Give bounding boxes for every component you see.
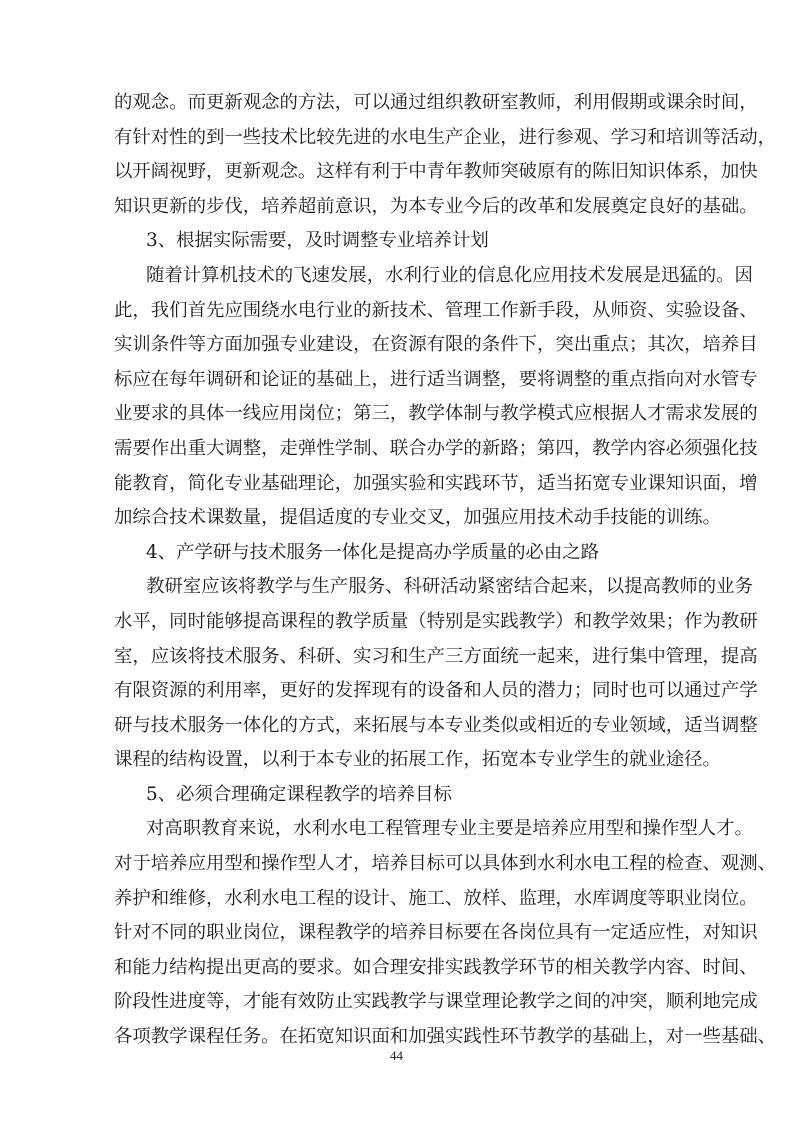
page-number: 44 bbox=[0, 1048, 793, 1064]
text-line: 阶段性进度等，才能有效防止实践教学与课堂理论教学之间的冲突，顺利地完成 bbox=[114, 985, 682, 1020]
section-heading-4: 4、产学研与技术服务一体化是提高办学质量的必由之路 bbox=[114, 536, 682, 571]
text-line: 室，应该将技术服务、科研、实习和生产三方面统一起来，进行集中管理，提高 bbox=[114, 640, 682, 675]
text-line: 以开阔视野，更新观念。这样有利于中青年教师突破原有的陈旧知识体系，加快 bbox=[114, 155, 682, 190]
text-line: 对于培养应用型和操作型人才，培养目标可以具体到水利水电工程的检查、观测、 bbox=[114, 847, 682, 882]
text-line: 能教育，简化专业基础理论，加强实验和实践环节，适当拓宽专业课知识面，增 bbox=[114, 467, 682, 502]
text-line: 知识更新的步伐，培养超前意识，为本专业今后的改革和发展奠定良好的基础。 bbox=[114, 190, 682, 225]
text-line: 针对不同的职业岗位，课程教学的培养目标要在各岗位具有一定适应性，对知识 bbox=[114, 916, 682, 951]
text-line: 此，我们首先应围绕水电行业的新技术、管理工作新手段，从师资、实验设备、 bbox=[114, 294, 682, 329]
text-line: 养护和维修，水利水电工程的设计、施工、放样、监理，水库调度等职业岗位。 bbox=[114, 882, 682, 917]
text-line: 随着计算机技术的飞速发展，水利行业的信息化应用技术发展是迅猛的。因 bbox=[114, 259, 682, 294]
text-line: 和能力结构提出更高的要求。如合理安排实践教学环节的相关教学内容、时间、 bbox=[114, 951, 682, 986]
text-line: 需要作出重大调整，走弹性学制、联合办学的新路；第四，教学内容必须强化技 bbox=[114, 432, 682, 467]
text-line: 有限资源的利用率，更好的发挥现有的设备和人员的潜力；同时也可以通过产学 bbox=[114, 674, 682, 709]
document-body: 的观念。而更新观念的方法，可以通过组织教研室教师，利用假期或课余时间， 有针对性… bbox=[114, 86, 682, 1055]
text-line: 有针对性的到一些技术比较先进的水电生产企业，进行参观、学习和培训等活动， bbox=[114, 121, 682, 156]
text-line: 业要求的具体一线应用岗位；第三，教学体制与教学模式应根据人才需求发展的 bbox=[114, 397, 682, 432]
text-line: 加综合技术课数量，提倡适度的专业交叉，加强应用技术动手技能的训练。 bbox=[114, 501, 682, 536]
section-heading-3: 3、根据实际需要，及时调整专业培养计划 bbox=[114, 224, 682, 259]
text-line: 实训条件等方面加强专业建设，在资源有限的条件下，突出重点；其次，培养目 bbox=[114, 328, 682, 363]
text-line: 对高职教育来说，水利水电工程管理专业主要是培养应用型和操作型人才。 bbox=[114, 812, 682, 847]
text-line: 研与技术服务一体化的方式，来拓展与本专业类似或相近的专业领域，适当调整 bbox=[114, 709, 682, 744]
text-line: 课程的结构设置，以利于本专业的拓展工作，拓宽本专业学生的就业途径。 bbox=[114, 743, 682, 778]
text-line: 的观念。而更新观念的方法，可以通过组织教研室教师，利用假期或课余时间， bbox=[114, 86, 682, 121]
text-line: 标应在每年调研和论证的基础上，进行适当调整，要将调整的重点指向对水管专 bbox=[114, 363, 682, 398]
text-line: 水平，同时能够提高课程的教学质量（特别是实践教学）和教学效果；作为教研 bbox=[114, 605, 682, 640]
text-line: 教研室应该将教学与生产服务、科研活动紧密结合起来，以提高教师的业务 bbox=[114, 570, 682, 605]
section-heading-5: 5、必须合理确定课程教学的培养目标 bbox=[114, 778, 682, 813]
